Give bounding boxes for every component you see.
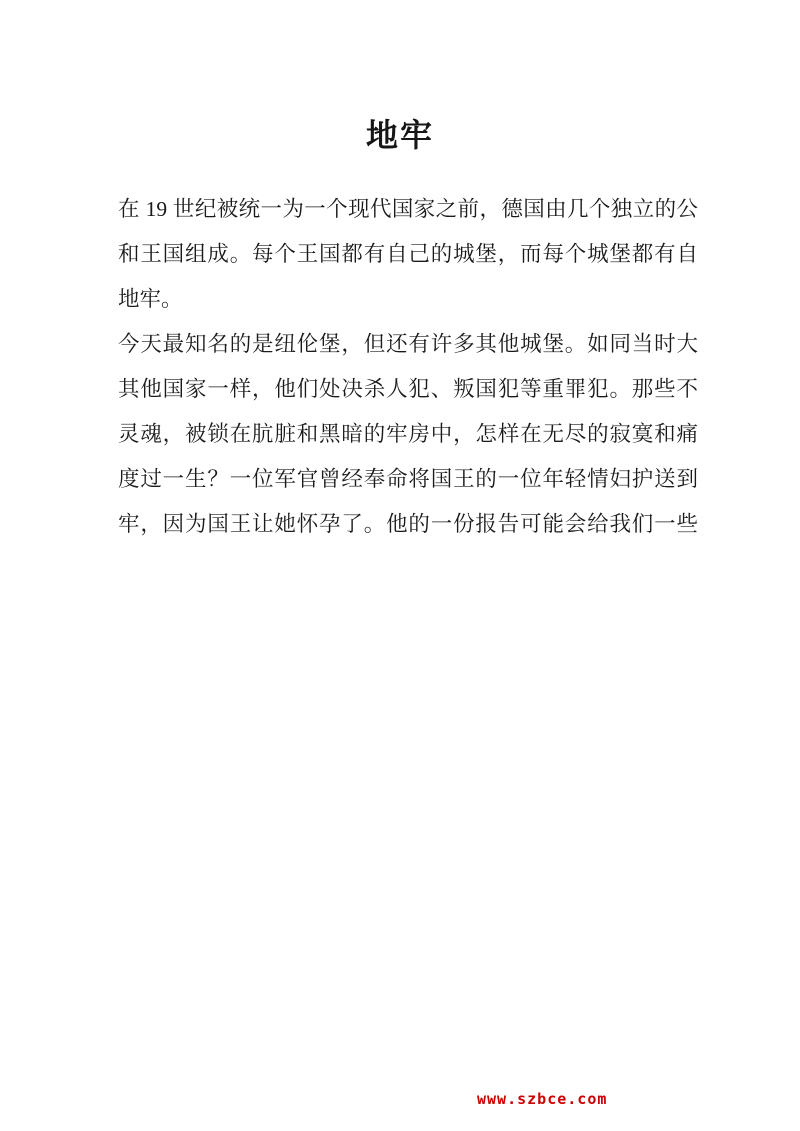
watermark-text: www.szbce.com — [477, 1090, 607, 1108]
paragraph-line: 度过一生？一位军官曾经奉命将国王的一位年轻情妇护送到地 — [118, 457, 698, 502]
paragraph: 在 19 世纪被统一为一个现代国家之前，德国由几个独立的公国 和王国组成。每个王… — [118, 187, 698, 322]
paragraph-line: 和王国组成。每个王国都有自己的城堡，而每个城堡都有自己的 — [118, 232, 698, 277]
document-body: 在 19 世纪被统一为一个现代国家之前，德国由几个独立的公国 和王国组成。每个王… — [118, 187, 698, 547]
paragraph-line: 在 19 世纪被统一为一个现代国家之前，德国由几个独立的公国 — [118, 187, 698, 232]
paragraph-line: 灵魂，被锁在肮脏和黑暗的牢房中，怎样在无尽的寂寞和痛苦中 — [118, 412, 698, 457]
paragraph: 今天最知名的是纽伦堡，但还有许多其他城堡。如同当时大多数 其他国家一样，他们处决… — [118, 322, 698, 547]
paragraph-line: 其他国家一样，他们处决杀人犯、叛国犯等重罪犯。那些不幸的 — [118, 367, 698, 412]
paragraph-line: 地牢。 — [118, 277, 698, 322]
document-page: 地牢 在 19 世纪被统一为一个现代国家之前，德国由几个独立的公国 和王国组成。… — [0, 0, 800, 1131]
page-title: 地牢 — [0, 110, 800, 156]
paragraph-line: 牢，因为国王让她怀孕了。他的一份报告可能会给我们一些答案。 — [118, 502, 698, 547]
paragraph-line: 今天最知名的是纽伦堡，但还有许多其他城堡。如同当时大多数 — [118, 322, 698, 367]
